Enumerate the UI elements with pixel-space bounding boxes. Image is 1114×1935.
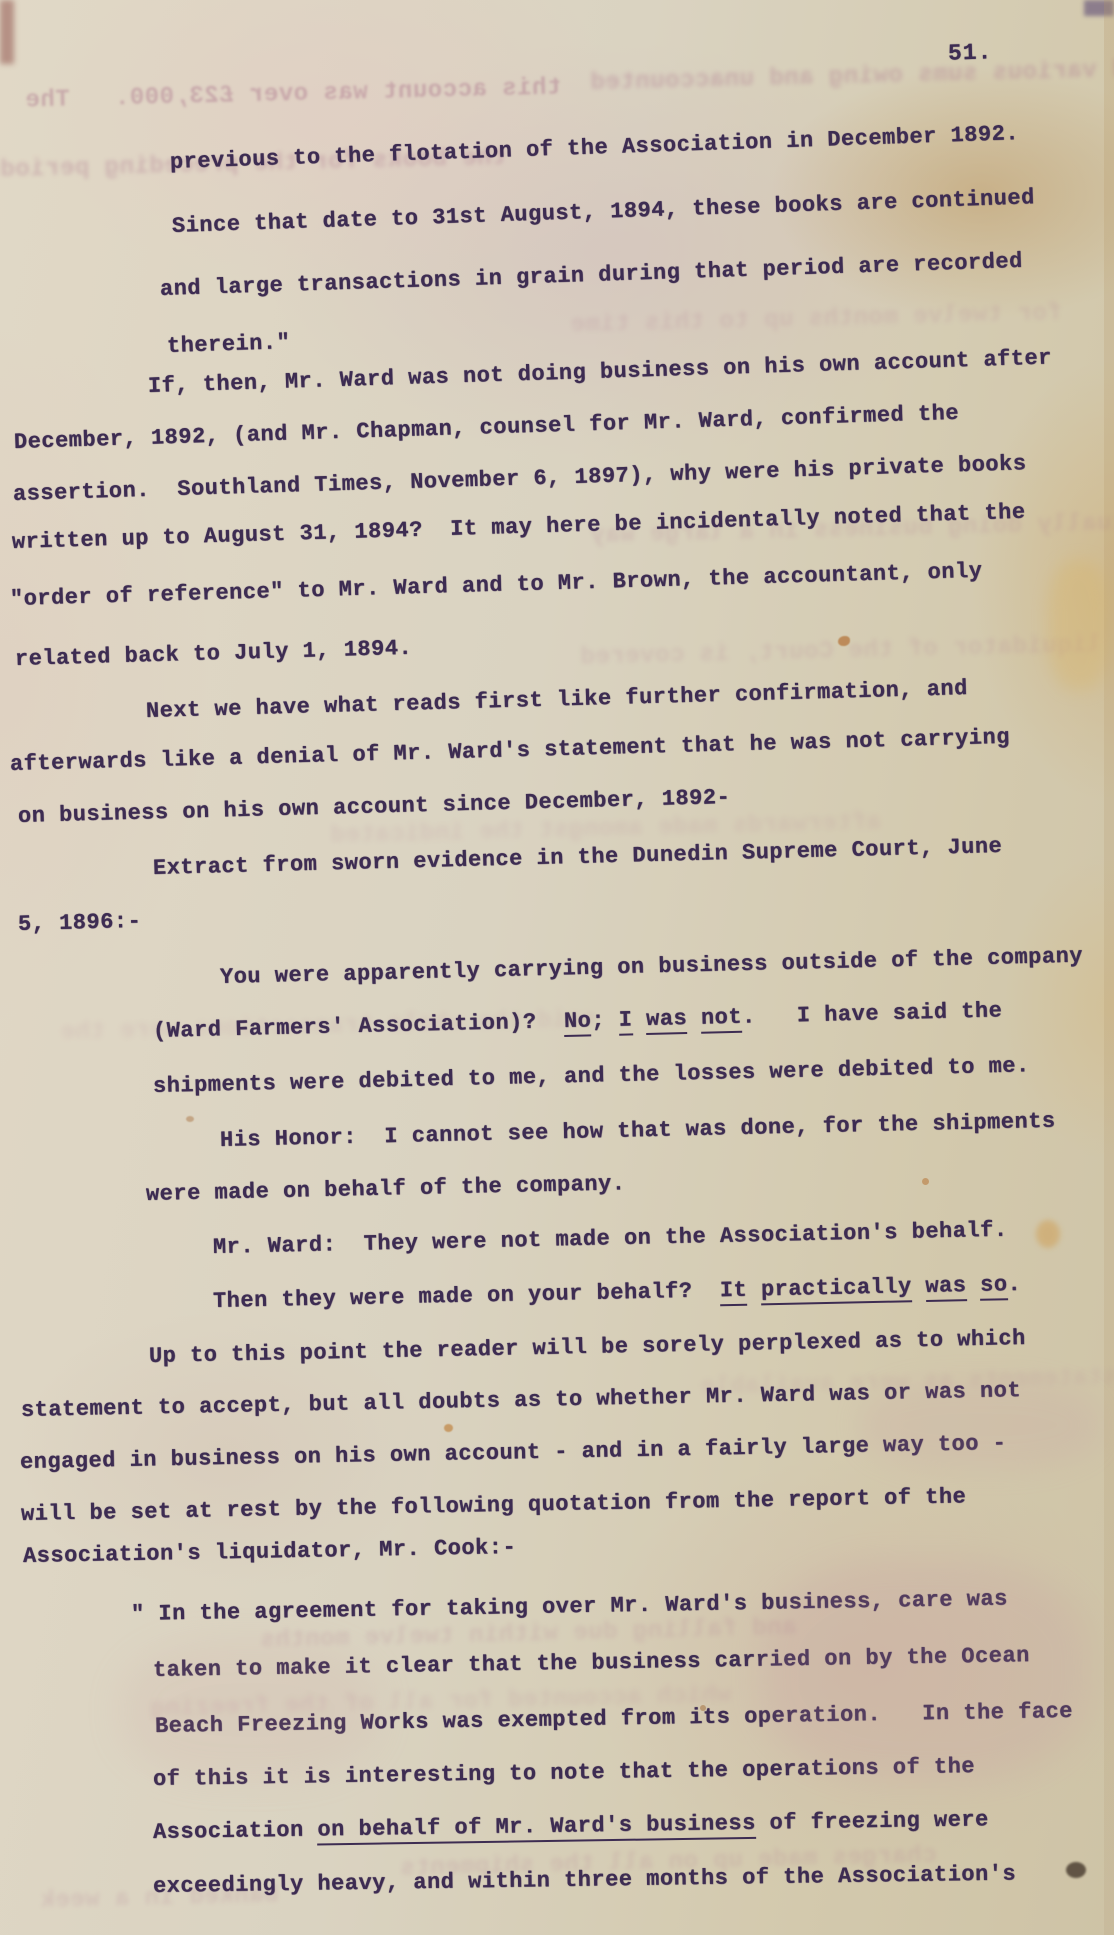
text-line: therein." bbox=[167, 328, 291, 362]
text-line: assertion. Southland Times, November 6, … bbox=[13, 449, 1027, 510]
document-page: this account was over £23,000. Theand va… bbox=[0, 0, 1114, 1935]
text-line: Association's liquidator, Mr. Cook:- bbox=[23, 1533, 517, 1572]
text-line: of this it is interesting to note that t… bbox=[153, 1752, 976, 1795]
text-line: Extract from sworn evidence in the Duned… bbox=[153, 832, 1003, 884]
text-line: related back to July 1, 1894. bbox=[15, 634, 413, 675]
text-line: will be set at rest by the following quo… bbox=[21, 1482, 967, 1530]
text-line: "order of reference" to Mr. Ward and to … bbox=[10, 557, 983, 615]
text-line: previous to the flotation of the Associa… bbox=[169, 119, 1019, 178]
page-body: previous to the flotation of the Associa… bbox=[0, 0, 1114, 1935]
text-line: shipments were debited to me, and the lo… bbox=[153, 1051, 1030, 1102]
text-line: taken to make it clear that the business… bbox=[153, 1641, 1030, 1686]
text-line: and large transactions in grain during t… bbox=[160, 247, 1024, 305]
text-line: You were apparently carrying on business… bbox=[220, 942, 1084, 993]
text-line: Up to this point the reader will be sore… bbox=[149, 1324, 1026, 1372]
text-line: afterwards like a denial of Mr. Ward's s… bbox=[10, 723, 1011, 780]
text-line: Next we have what reads first like furth… bbox=[146, 674, 969, 727]
text-line: Beach Freezing Works was exempted from i… bbox=[155, 1697, 1073, 1742]
text-line: His Honor: I cannot see how that was don… bbox=[220, 1107, 1056, 1156]
text-line: on business on his own account since Dec… bbox=[18, 783, 731, 832]
text-line: were made on behalf of the company. bbox=[146, 1169, 626, 1210]
text-line: written up to August 31, 1894? It may he… bbox=[12, 498, 1026, 558]
text-line: statement to accept, but all doubts as t… bbox=[21, 1376, 1022, 1426]
text-line: Since that date to 31st August, 1894, th… bbox=[172, 183, 1036, 242]
text-line: Mr. Ward: They were not made on the Asso… bbox=[213, 1216, 1008, 1263]
text-line: Association on behalf of Mr. Ward's busi… bbox=[153, 1805, 989, 1848]
text-line: December, 1892, (and Mr. Chapman, counse… bbox=[14, 399, 960, 458]
text-line: " In the agreement for taking over Mr. W… bbox=[131, 1585, 1008, 1630]
text-line: exceedingly heavy, and within three mont… bbox=[153, 1859, 1017, 1902]
text-line: Then they were made on your behalf? It p… bbox=[213, 1270, 1022, 1317]
text-line: (Ward Farmers' Association)? No; I was n… bbox=[153, 996, 1003, 1047]
text-line: 5, 1896:- bbox=[18, 907, 142, 940]
text-line: engaged in business on his own account -… bbox=[20, 1429, 1007, 1478]
